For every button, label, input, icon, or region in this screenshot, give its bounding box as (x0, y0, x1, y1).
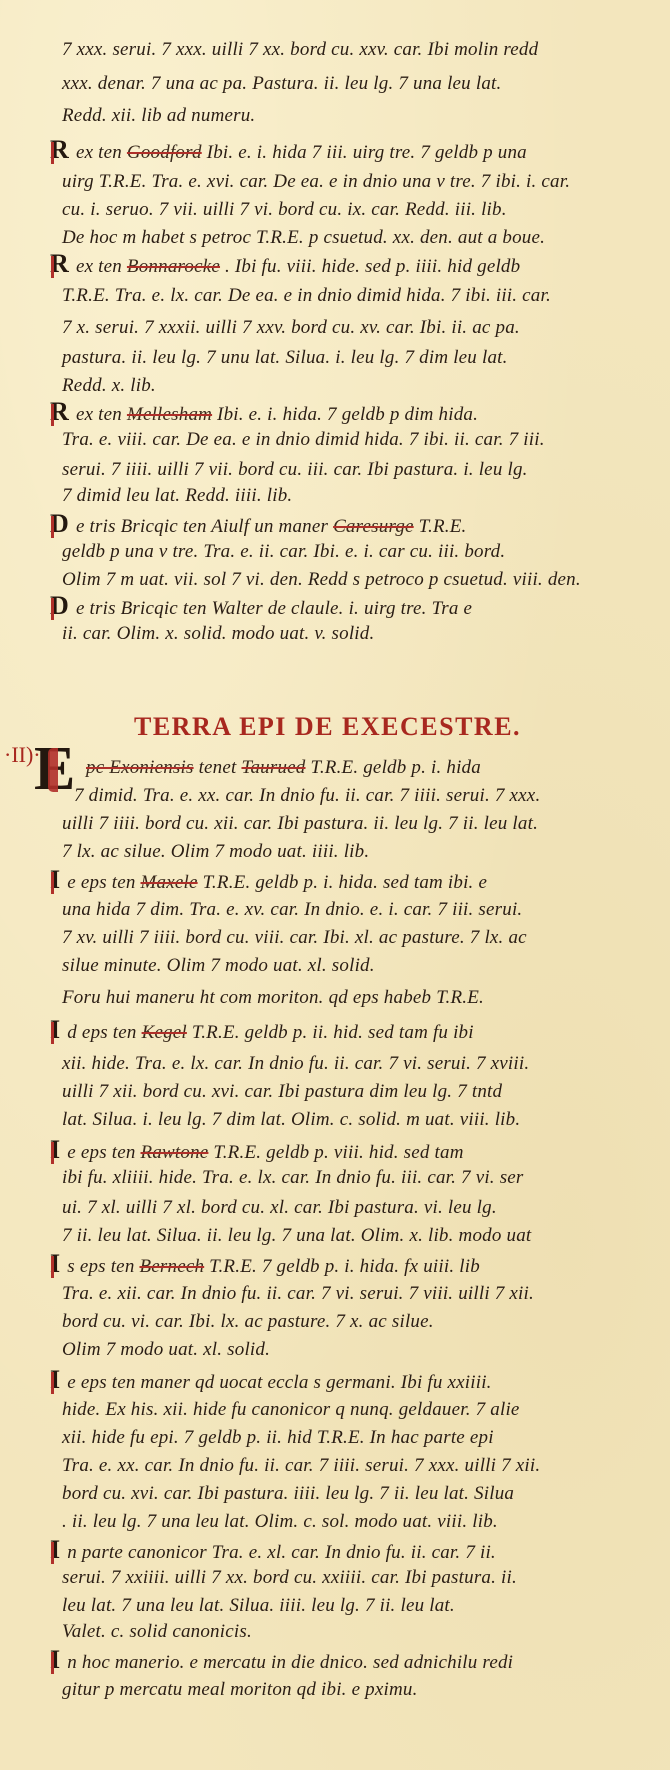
entry-text: T.R.E. 7 geldb p. i. hida. fx uiii. lib (209, 1256, 480, 1277)
place-name: Mellesham (127, 404, 212, 425)
entry-rawtone: I e eps ten Rawtone T.R.E. geldb p. viii… (50, 1138, 464, 1165)
rubricated-initial: R (50, 252, 69, 276)
text-line: leu lat. 7 una leu lat. Silua. iiii. leu… (62, 1594, 455, 1618)
text-line: lat. Silua. i. leu lg. 7 dim lat. Olim. … (62, 1108, 520, 1132)
text-line: . ii. leu lg. 7 una leu lat. Olim. c. so… (62, 1510, 498, 1534)
text-line: 7 xxx. serui. 7 xxx. uilli 7 xx. bord cu… (62, 38, 538, 62)
entry-text: n hoc manerio. e mercatu in die dnico. s… (67, 1652, 513, 1673)
place-name: Kegel (142, 1022, 187, 1043)
entry-rex-1: R ex ten Goodford Ibi. e. i. hida 7 iii.… (50, 138, 527, 165)
entry-holder: ex ten (76, 142, 122, 163)
rubricated-initial: I (50, 1018, 60, 1042)
text-line: 7 dimid. Tra. e. xx. car. In dnio fu. ii… (74, 784, 540, 808)
text-line: xii. hide fu epi. 7 geldb p. ii. hid T.R… (62, 1426, 494, 1450)
entry-bricqic-1: D e tris Bricqic ten Aiulf un maner Care… (50, 512, 466, 539)
text-line: una hida 7 dim. Tra. e. xv. car. In dnio… (62, 898, 522, 922)
text-line: serui. 7 iiii. uilli 7 vii. bord cu. iii… (62, 458, 528, 482)
text-line: Foru hui maneru ht com moriton. qd eps h… (62, 986, 484, 1010)
entry-text: T.R.E. geldb p. viii. hid. sed tam (213, 1142, 463, 1163)
text-line: cu. i. seruo. 7 vii. uilli 7 vi. bord cu… (62, 198, 507, 222)
entry-bernech: I s eps ten Bernech T.R.E. 7 geldb p. i.… (50, 1252, 480, 1279)
place-name: Maxele (141, 872, 198, 893)
text-line: 7 ii. leu lat. Silua. ii. leu lg. 7 una … (62, 1224, 531, 1248)
text-line: pastura. ii. leu lg. 7 unu lat. Silua. i… (62, 346, 508, 370)
entry-verb: tenet (199, 757, 237, 778)
entry-holder: e eps ten (67, 1142, 135, 1163)
entry-text: Ibi. e. i. hida 7 iii. uirg tre. 7 geldb… (207, 142, 527, 163)
text-line: bord cu. vi. car. Ibi. lx. ac pasture. 7… (62, 1310, 434, 1334)
rubricated-initial: I (50, 1648, 60, 1672)
text-line: ui. 7 xl. uilli 7 xl. bord cu. xl. car. … (62, 1196, 497, 1220)
manuscript-page: 7 xxx. serui. 7 xxx. uilli 7 xx. bord cu… (0, 0, 670, 1770)
text-line: hide. Ex his. xii. hide fu canonicor q n… (62, 1398, 520, 1422)
entry-holder: e eps ten (67, 872, 135, 893)
entry-text: Ibi. e. i. hida. 7 geldb p dim hida. (217, 404, 478, 425)
text-line: 7 xv. uilli 7 iiii. bord cu. viii. car. … (62, 926, 527, 950)
text-line: Olim 7 m uat. vii. sol 7 vi. den. Redd s… (62, 568, 581, 592)
text-line: De hoc m habet s petroc T.R.E. p csuetud… (62, 226, 545, 250)
text-line: uilli 7 xii. bord cu. xvi. car. Ibi past… (62, 1080, 502, 1104)
text-line: Redd. xii. lib ad numeru. (62, 104, 255, 128)
place-name: Bonnarocke (127, 256, 220, 277)
text-line: Tra. e. viii. car. De ea. e in dnio dimi… (62, 428, 545, 452)
entry-rex-3: R ex ten Mellesham Ibi. e. i. hida. 7 ge… (50, 400, 478, 427)
entry-holder: s eps ten (67, 1256, 134, 1277)
rubricated-initial: D (50, 594, 69, 618)
entry-mercatum: I n hoc manerio. e mercatu in die dnico.… (50, 1648, 513, 1675)
text-line: Tra. e. xx. car. In dnio fu. ii. car. 7 … (62, 1454, 540, 1478)
entry-exoniensis: pc Exoniensis tenet Taurued T.R.E. geldb… (86, 756, 481, 780)
entry-text: e tris Bricqic ten Walter de claule. i. … (76, 598, 472, 619)
text-line: 7 x. serui. 7 xxxii. uilli 7 xxv. bord c… (62, 316, 520, 340)
text-line: Redd. x. lib. (62, 374, 156, 398)
text-line: serui. 7 xxiiii. uilli 7 xx. bord cu. xx… (62, 1566, 517, 1590)
rubricated-initial: I (50, 1368, 60, 1392)
text-line: geldb p una v tre. Tra. e. ii. car. Ibi.… (62, 540, 505, 564)
rubricated-initial: I (50, 868, 60, 892)
chapter-heading: TERRA EPI DE EXECESTRE. (134, 712, 521, 742)
entry-rex-2: R ex ten Bonnarocke . Ibi fu. viii. hide… (50, 252, 520, 279)
rubricated-initial: I (50, 1138, 60, 1162)
text-line: 7 dimid leu lat. Redd. iiii. lib. (62, 484, 292, 508)
entry-canonicorum: I n parte canonicor Tra. e. xl. car. In … (50, 1538, 496, 1565)
rubricated-initial: R (50, 400, 69, 424)
text-line: uilli 7 iiii. bord cu. xii. car. Ibi pas… (62, 812, 538, 836)
rubricated-initial: D (50, 512, 69, 536)
place-name: Bernech (139, 1256, 204, 1277)
text-line: xxx. denar. 7 una ac pa. Pastura. ii. le… (62, 72, 501, 96)
text-line: ii. car. Olim. x. solid. modo uat. v. so… (62, 622, 374, 646)
text-line: Tra. e. xii. car. In dnio fu. ii. car. 7… (62, 1282, 534, 1306)
entry-text: T.R.E. geldb p. ii. hid. sed tam fu ibi (192, 1022, 474, 1043)
rubricated-initial: I (50, 1252, 60, 1276)
text-line: gitur p mercatu meal moriton qd ibi. e p… (62, 1678, 418, 1702)
illuminated-initial: E (34, 738, 75, 800)
text-line: Olim 7 modo uat. xl. solid. (62, 1338, 270, 1362)
entry-text: . Ibi fu. viii. hide. sed p. iiii. hid g… (225, 256, 520, 277)
entry-text: T.R.E. geldb p. i. hida (310, 757, 481, 778)
entry-text: T.R.E. geldb p. i. hida. sed tam ibi. e (203, 872, 488, 893)
entry-st-germans: I e eps ten maner qd uocat eccla s germa… (50, 1368, 492, 1395)
rubricated-initial: R (50, 138, 69, 162)
entry-text: T.R.E. (419, 516, 467, 537)
text-line: Valet. c. solid canonicis. (62, 1620, 252, 1644)
text-line: xii. hide. Tra. e. lx. car. In dnio fu. … (62, 1052, 529, 1076)
entry-maxele: I e eps ten Maxele T.R.E. geldb p. i. hi… (50, 868, 487, 895)
entry-kegel: I d eps ten Kegel T.R.E. geldb p. ii. hi… (50, 1018, 474, 1045)
place-name: Taurued (241, 757, 305, 778)
place-name: Goodford (127, 142, 202, 163)
entry-text: n parte canonicor Tra. e. xl. car. In dn… (67, 1542, 496, 1563)
entry-bricqic-2: D e tris Bricqic ten Walter de claule. i… (50, 594, 472, 621)
text-line: uirg T.R.E. Tra. e. xvi. car. De ea. e i… (62, 170, 570, 194)
text-line: bord cu. xvi. car. Ibi pastura. iiii. le… (62, 1482, 514, 1506)
entry-text: e eps ten maner qd uocat eccla s germani… (67, 1372, 491, 1393)
rubricated-initial: I (50, 1538, 60, 1562)
text-line: ibi fu. xliiii. hide. Tra. e. lx. car. I… (62, 1166, 524, 1190)
place-name: Rawtone (141, 1142, 209, 1163)
entry-holder: e tris Bricqic ten Aiulf un maner (76, 516, 328, 537)
text-line: silue minute. Olim 7 modo uat. xl. solid… (62, 954, 375, 978)
entry-holder: ex ten (76, 404, 122, 425)
place-name: Caresurge (333, 516, 414, 537)
text-line: 7 lx. ac silue. Olim 7 modo uat. iiii. l… (62, 840, 369, 864)
entry-holder: d eps ten (67, 1022, 136, 1043)
text-line: T.R.E. Tra. e. lx. car. De ea. e in dnio… (62, 284, 551, 308)
entry-holder: ex ten (76, 256, 122, 277)
place-name: pc Exoniensis (86, 757, 194, 778)
